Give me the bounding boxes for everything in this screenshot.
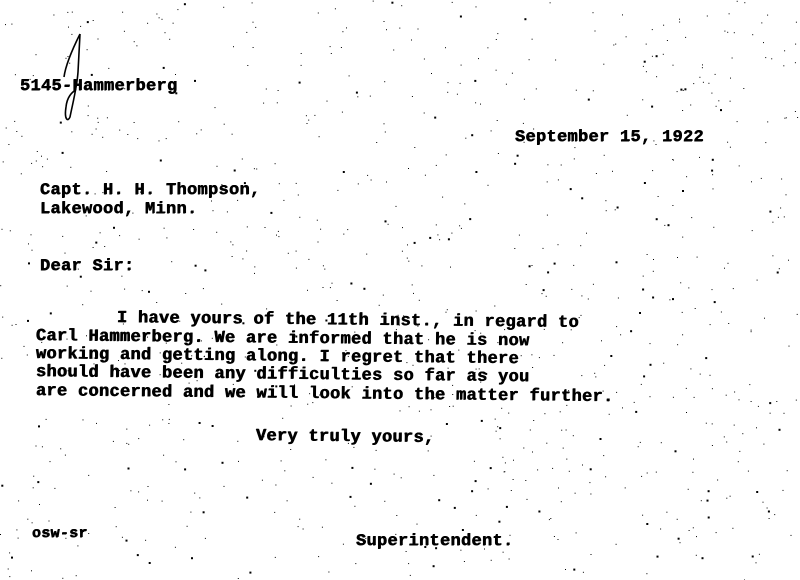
recipient-name: Capt. H. H. Thompson, [40, 182, 261, 199]
closing: Very truly yours, [256, 428, 435, 447]
letter-date: September 15, 1922 [515, 129, 704, 146]
signature-title: Superintendent. [356, 533, 514, 550]
file-reference: 5145-Hammerberg [20, 78, 178, 95]
recipient-location: Lakewood, Minn. [40, 201, 198, 218]
typist-initials: osw-sr [32, 526, 88, 541]
salutation: Dear Sir: [40, 258, 135, 275]
letter-page: 5145-Hammerberg September 15, 1922 Capt.… [0, 0, 800, 580]
body-line: are concerned and we will look into the … [36, 383, 614, 406]
